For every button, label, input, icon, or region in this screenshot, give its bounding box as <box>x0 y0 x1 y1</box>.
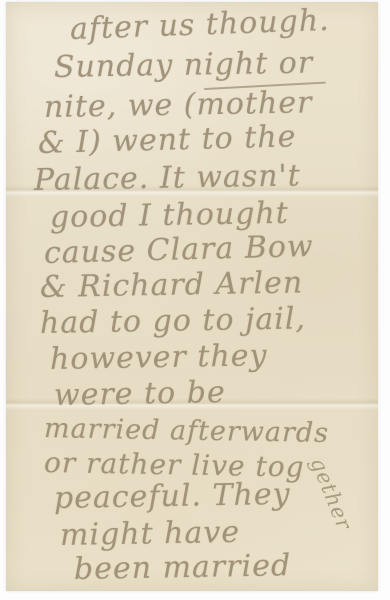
letter-line: Palace. It wasn't <box>34 158 301 198</box>
letter-line: good I thought <box>50 196 289 235</box>
letter-line: cause Clara Bow <box>44 229 315 271</box>
letter-line: been married <box>74 548 292 587</box>
letter-line: married afterwards <box>44 413 330 449</box>
margin-word-gether: gether <box>306 454 357 534</box>
letter-line: peaceful. They <box>54 477 291 516</box>
scan-background: after us though. Sunday night or nite, w… <box>0 0 390 600</box>
letter-line: & Richard Arlen <box>40 265 304 305</box>
letter-line: however they <box>50 338 268 377</box>
letter-line: might have <box>60 515 241 553</box>
letter-line: were to be <box>54 375 226 413</box>
letter-line: & I) went to the <box>38 119 297 161</box>
letter-line: had to go to jail, <box>40 301 307 341</box>
letter-line: after us though. <box>69 3 330 47</box>
letter-line: Sunday night or <box>54 45 314 85</box>
paper-sheet: after us though. Sunday night or nite, w… <box>6 2 378 591</box>
